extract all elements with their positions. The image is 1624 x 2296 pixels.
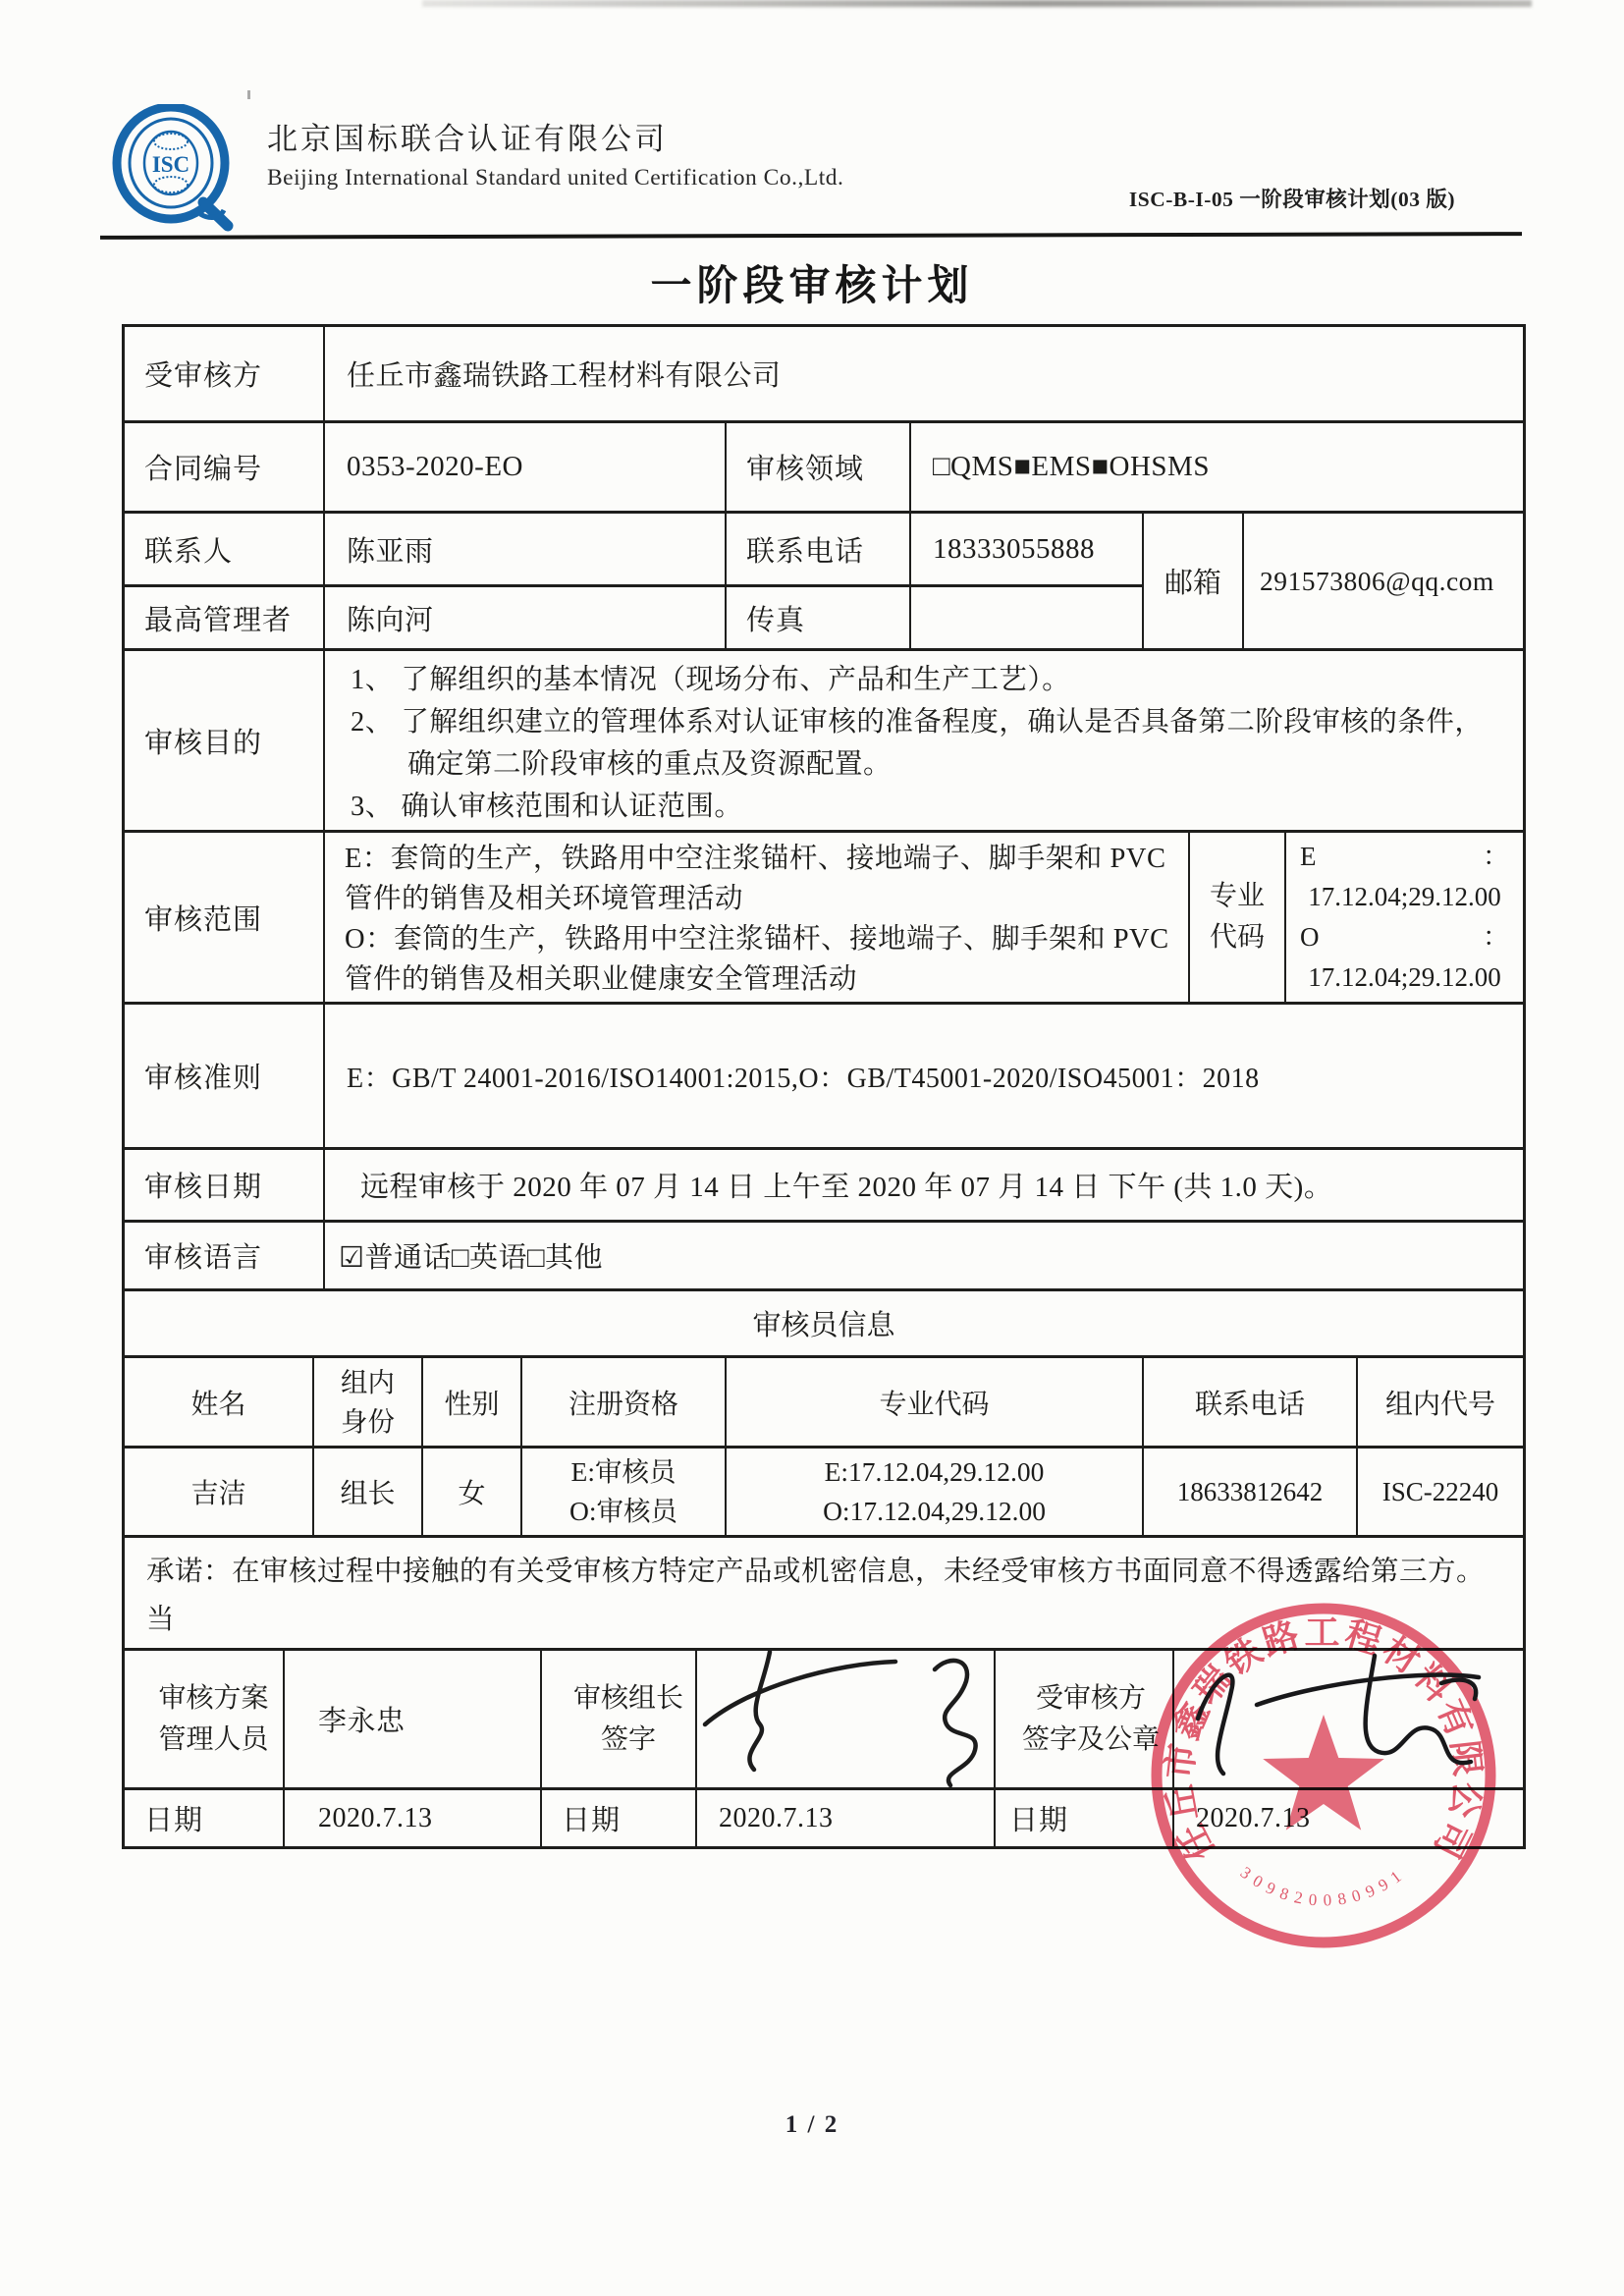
svg-text:309820080991: 309820080991: [1237, 1863, 1410, 1910]
auditor-name: 吉洁: [125, 1449, 314, 1535]
contract-label: 合同编号: [125, 423, 325, 511]
contact-value: 陈亚雨: [325, 514, 727, 584]
top-manager-value: 陈向河: [325, 587, 727, 648]
document-code: ISC-B-I-05 一阶段审核计划(03 版): [1129, 183, 1455, 213]
email-label: 邮箱: [1144, 514, 1244, 648]
purpose-item: 1、 了解组织的基本情况（现场分布、产品和生产工艺）。: [351, 659, 1499, 701]
scope-line: 管件的销售及相关环境管理活动: [345, 879, 1174, 919]
page-title: 一阶段审核计划: [0, 253, 1624, 312]
phone-value: 18333055888: [911, 514, 1142, 584]
audit-date-label: 审核日期: [125, 1150, 325, 1220]
code-prefix: E: [1300, 837, 1317, 877]
audit-field-value: □QMS■EMS■OHSMS: [911, 423, 1523, 511]
stamp-serial-text: 309820080991: [1237, 1863, 1410, 1910]
row-language: 审核语言 ☑普通话□英语□其他: [125, 1223, 1523, 1291]
page-number: 1 / 2: [0, 2111, 1624, 2139]
manager-name: 李永忠: [285, 1651, 542, 1787]
date-value-2: 2020.7.13: [697, 1790, 996, 1846]
manager-label: 审核方案 管理人员: [125, 1651, 285, 1787]
code-colon: ：: [1483, 837, 1509, 877]
col-header-name: 姓名: [125, 1358, 314, 1446]
fax-value: [911, 587, 1142, 648]
col-header-phone: 联系电话: [1144, 1358, 1358, 1446]
scope-content: E：套筒的生产，铁路用中空注浆锚杆、接地端子、脚手架和 PVC 管件的销售及相关…: [325, 833, 1190, 1002]
auditor-team-code: ISC-22240: [1358, 1449, 1523, 1535]
phone-label: 联系电话: [727, 514, 911, 584]
spec-code-values: E ： 17.12.04;29.12.00 O ： 17.12.04;29.12…: [1286, 833, 1523, 1002]
purpose-content: 1、 了解组织的基本情况（现场分布、产品和生产工艺）。 2、 了解组织建立的管理…: [325, 651, 1523, 830]
auditor-spec-codes: E:17.12.04,29.12.00 O:17.12.04,29.12.00: [727, 1449, 1144, 1535]
col-header-spec-code: 专业代码: [727, 1358, 1144, 1446]
code-value: 17.12.04;29.12.00: [1308, 957, 1501, 998]
auditor-role: 组长: [314, 1449, 423, 1535]
col-header-team-code: 组内代号: [1358, 1358, 1523, 1446]
company-name-en: Beijing International Standard united Ce…: [267, 165, 843, 191]
row-scope: 审核范围 E：套筒的生产，铁路用中空注浆锚杆、接地端子、脚手架和 PVC 管件的…: [125, 833, 1523, 1005]
company-stamp: 任丘市鑫瑞铁路工程材料有限公司 309820080991: [1137, 1589, 1510, 1962]
criteria-value: E：GB/T 24001-2016/ISO14001:2015,O：GB/T45…: [325, 1005, 1523, 1147]
audit-date-value: 远程审核于 2020 年 07 月 14 日 上午至 2020 年 07 月 1…: [325, 1150, 1523, 1220]
row-top-manager: 最高管理者 陈向河 传真: [125, 587, 1142, 648]
row-auditor-section: 审核员信息: [125, 1291, 1523, 1358]
criteria-label: 审核准则: [125, 1005, 325, 1147]
col-header-gender: 性别: [423, 1358, 522, 1446]
contact-label: 联系人: [125, 514, 325, 584]
col-header-qualification: 注册资格: [522, 1358, 727, 1446]
row-contract: 合同编号 0353-2020-EO 审核领域 □QMS■EMS■OHSMS: [125, 423, 1523, 514]
stamp-star: [1263, 1715, 1384, 1831]
email-value: 291573806@qq.com: [1244, 514, 1523, 648]
row-auditor-header: 姓名 组内 身份 性别 注册资格 专业代码 联系电话 组内代号: [125, 1358, 1523, 1449]
auditor-qualification: E:审核员 O:审核员: [522, 1449, 727, 1535]
col-header-role: 组内 身份: [314, 1358, 423, 1446]
scope-line: 管件的销售及相关职业健康安全管理活动: [345, 959, 1174, 1000]
date-label-2: 日期: [542, 1790, 697, 1846]
row-purpose: 审核目的 1、 了解组织的基本情况（现场分布、产品和生产工艺）。 2、 了解组织…: [125, 651, 1523, 833]
scan-artifact-speck: [247, 90, 250, 99]
scanned-document-page: ISC 北京国标联合认证有限公司 Beijing International S…: [0, 0, 1624, 2296]
scan-artifact-top: [422, 0, 1532, 7]
row-auditor-data: 吉洁 组长 女 E:审核员 O:审核员 E:17.12.04,29.12.00 …: [125, 1449, 1523, 1538]
scope-label: 审核范围: [125, 833, 325, 1002]
purpose-item: 2、 了解组织建立的管理体系对认证审核的准备程度，确认是否具备第二阶段审核的条件…: [351, 701, 1499, 786]
date-label-1: 日期: [125, 1790, 285, 1846]
row-audit-date: 审核日期 远程审核于 2020 年 07 月 14 日 上午至 2020 年 0…: [125, 1150, 1523, 1223]
code-prefix: O: [1300, 917, 1320, 957]
auditor-gender: 女: [423, 1449, 522, 1535]
row-contact-block: 联系人 陈亚雨 联系电话 18333055888 最高管理者 陈向河 传真 邮箱…: [125, 514, 1523, 651]
scope-line: E：套筒的生产，铁路用中空注浆锚杆、接地端子、脚手架和 PVC: [345, 839, 1174, 879]
contract-value: 0353-2020-EO: [325, 423, 727, 511]
purpose-label: 审核目的: [125, 651, 325, 830]
contact-subgrid: 联系人 陈亚雨 联系电话 18333055888 最高管理者 陈向河 传真: [125, 514, 1144, 648]
leader-signature-area: [697, 1651, 996, 1787]
auditee-value: 任丘市鑫瑞铁路工程材料有限公司: [325, 327, 1523, 420]
isc-logo-icon: ISC: [108, 104, 240, 232]
language-value: ☑普通话□英语□其他: [325, 1223, 1523, 1288]
row-auditee: 受审核方 任丘市鑫瑞铁路工程材料有限公司: [125, 327, 1523, 423]
header-divider: [100, 232, 1522, 240]
language-label: 审核语言: [125, 1223, 325, 1288]
leader-sign-label: 审核组长 签字: [542, 1651, 697, 1787]
spec-code-label: 专业 代码: [1190, 833, 1286, 1002]
company-name-cn: 北京国标联合认证有限公司: [267, 114, 668, 158]
fax-label: 传真: [727, 587, 911, 648]
auditor-phone: 18633812642: [1144, 1449, 1358, 1535]
purpose-item: 3、 确认审核范围和认证范围。: [351, 786, 1499, 828]
row-contact: 联系人 陈亚雨 联系电话 18333055888: [125, 514, 1142, 587]
code-colon: ：: [1483, 917, 1509, 957]
auditee-label: 受审核方: [125, 327, 325, 420]
top-manager-label: 最高管理者: [125, 587, 325, 648]
date-value-1: 2020.7.13: [285, 1790, 542, 1846]
svg-text:ISC: ISC: [152, 152, 189, 177]
scope-line: O：套筒的生产，铁路用中空注浆锚杆、接地端子、脚手架和 PVC: [345, 919, 1174, 959]
auditor-section-title: 审核员信息: [125, 1291, 1523, 1355]
code-value: 17.12.04;29.12.00: [1308, 877, 1501, 917]
row-criteria: 审核准则 E：GB/T 24001-2016/ISO14001:2015,O：G…: [125, 1005, 1523, 1150]
audit-field-label: 审核领域: [727, 423, 911, 511]
